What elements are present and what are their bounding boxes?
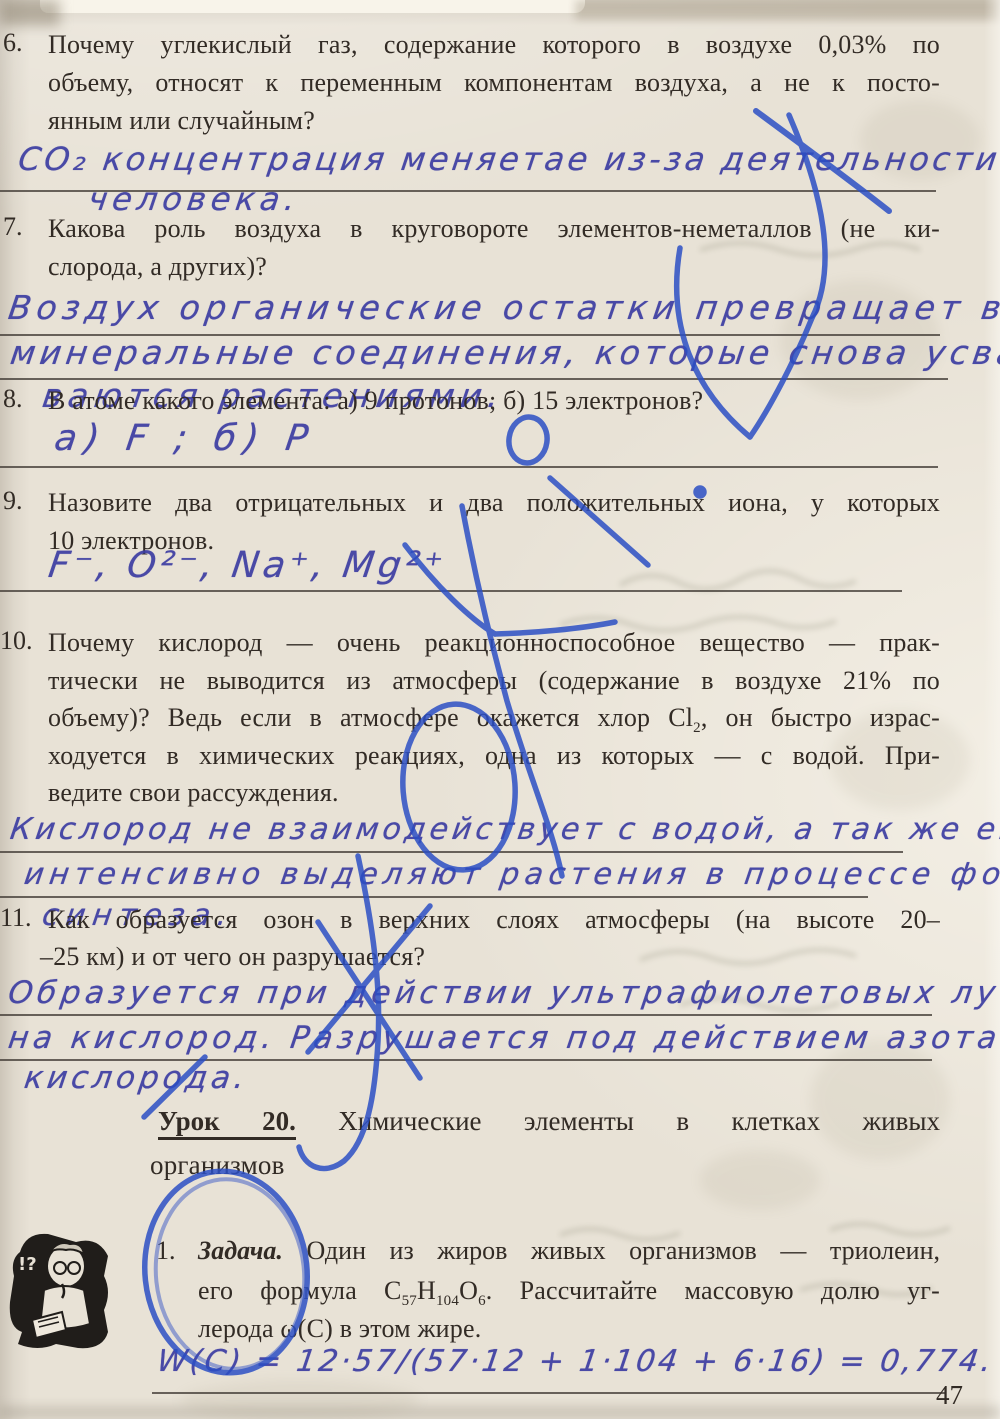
question-8-line: В атоме какого элемента: а) 9 протонов; … bbox=[48, 384, 703, 418]
formula-text: его формула C bbox=[198, 1276, 402, 1305]
question-10-line: Почему кислород — очень реакционноспособ… bbox=[48, 626, 940, 660]
scan-top-light-strip bbox=[40, 0, 585, 13]
question-6-answer: CO₂ концентрация меняетае из-за деятельн… bbox=[16, 140, 1000, 178]
icon-book-lines bbox=[38, 1317, 59, 1327]
question-7-line: Какова роль воздуха в круговороте элемен… bbox=[48, 212, 940, 246]
question-11-answer: на кислород. Разрушается под действием а… bbox=[6, 1020, 1000, 1056]
icon-hair bbox=[50, 1243, 84, 1254]
task-number: 1. bbox=[156, 1236, 176, 1266]
question-9-number: 9. bbox=[3, 486, 23, 516]
question-10-line: объему)? Ведь если в атмосфере окажется … bbox=[48, 701, 940, 735]
question-7-answer: минеральные соединения, которые снова ус… bbox=[8, 333, 1000, 372]
icon-book bbox=[32, 1312, 66, 1338]
icon-body bbox=[40, 1286, 90, 1329]
icon-blob bbox=[10, 1234, 108, 1348]
question-11-line: –25 км) и от чего он разрушается? bbox=[40, 940, 425, 974]
answer-rule bbox=[0, 1014, 932, 1016]
question-10-answer: интенсивно выделяют растения в процессе … bbox=[22, 857, 1000, 892]
question-7-number: 7. bbox=[3, 212, 23, 242]
answer-rule bbox=[0, 466, 938, 468]
icon-punctuation: !? bbox=[18, 1254, 37, 1275]
subscript: 57 bbox=[402, 1293, 417, 1309]
question-8-answer: а) F ; б) P bbox=[52, 418, 318, 459]
question-7-answer: Воздух органические остатки превращает в bbox=[6, 288, 1000, 327]
lesson-heading-line2: организмов bbox=[150, 1148, 285, 1182]
task-line: Задача. Один из жиров живых организмов —… bbox=[198, 1236, 940, 1266]
grading-circle bbox=[506, 415, 550, 466]
question-9-answer: F⁻, O²⁻, Na⁺, Mg²⁺ bbox=[46, 545, 449, 586]
question-11-answer: кислорода. bbox=[22, 1060, 251, 1096]
question-7-line: слорода, а других)? bbox=[48, 250, 267, 284]
icon-head bbox=[48, 1246, 84, 1286]
icon-glasses-left bbox=[54, 1262, 66, 1274]
scan-right-light-edge bbox=[984, 0, 1000, 1419]
question-10-answer: Кислород не взаимодействует с водой, а т… bbox=[8, 812, 1000, 847]
scan-bottom-shadow bbox=[0, 1406, 1000, 1419]
line-text: , он быстро израс- bbox=[701, 703, 940, 732]
answer-rule bbox=[0, 590, 902, 592]
subscript: 2 bbox=[693, 720, 701, 736]
formula-text: O bbox=[459, 1276, 478, 1305]
formula-text: . Рассчитайте массовую долю уг- bbox=[486, 1276, 940, 1305]
line-text: объему)? Ведь если в атмосфере окажется … bbox=[48, 703, 693, 732]
answer-rule bbox=[0, 851, 903, 853]
page-number: 47 bbox=[936, 1380, 963, 1411]
question-10-line: тически не выводится из атмосферы (содер… bbox=[48, 664, 940, 698]
task-line: его формула C57H104O6. Рассчитайте массо… bbox=[198, 1274, 940, 1308]
question-11-number: 11. bbox=[0, 903, 32, 933]
question-6-line: объему, относят к переменным компонентам… bbox=[48, 66, 940, 100]
question-10-line: ходуется в химических реакциях, одна из … bbox=[48, 739, 940, 773]
question-10-number: 10. bbox=[0, 626, 33, 656]
question-6-number: 6. bbox=[3, 28, 23, 58]
question-8-number: 8. bbox=[3, 384, 23, 414]
question-11-answer: Образуется при действии ультрафиолетовых… bbox=[6, 975, 1000, 1011]
scan-corner-shadow bbox=[0, 0, 60, 26]
task-answer: W(C) = 12·57/(57·12 + 1·104 + 6·16) = 0,… bbox=[155, 1344, 996, 1379]
question-6-line: Почему углекислый газ, содержание которо… bbox=[48, 28, 940, 62]
question-9-line: Назовите два отрицательных и два положит… bbox=[48, 486, 940, 520]
icon-glasses-right bbox=[68, 1262, 80, 1274]
lesson-heading: Урок 20. Химические элементы в клетках ж… bbox=[158, 1106, 940, 1137]
lesson-label: Урок 20. bbox=[158, 1106, 296, 1140]
task-label: Задача. bbox=[198, 1236, 283, 1265]
task-line: лерода ω(C) в этом жире. bbox=[198, 1312, 481, 1346]
subscript: 6 bbox=[478, 1293, 486, 1309]
question-6-line: янным или случайным? bbox=[48, 104, 315, 138]
formula-text: H bbox=[417, 1276, 436, 1305]
answer-rule bbox=[152, 1392, 946, 1394]
subscript: 104 bbox=[436, 1293, 459, 1309]
icon-hand bbox=[62, 1284, 64, 1298]
workbook-page: 6. Почему углекислый газ, содержание кот… bbox=[0, 0, 1000, 1419]
question-11-line: Как образуется озон в верхних слоях атмо… bbox=[48, 903, 940, 937]
question-10-line: ведите свои рассуждения. bbox=[48, 776, 339, 810]
thinking-child-icon: !? bbox=[8, 1232, 120, 1350]
scan-top-dark-band bbox=[575, 0, 1000, 20]
task-text: Один из жиров живых организмов — триолеи… bbox=[307, 1236, 941, 1265]
lesson-title: Химические элементы в клетках живых bbox=[338, 1106, 940, 1136]
